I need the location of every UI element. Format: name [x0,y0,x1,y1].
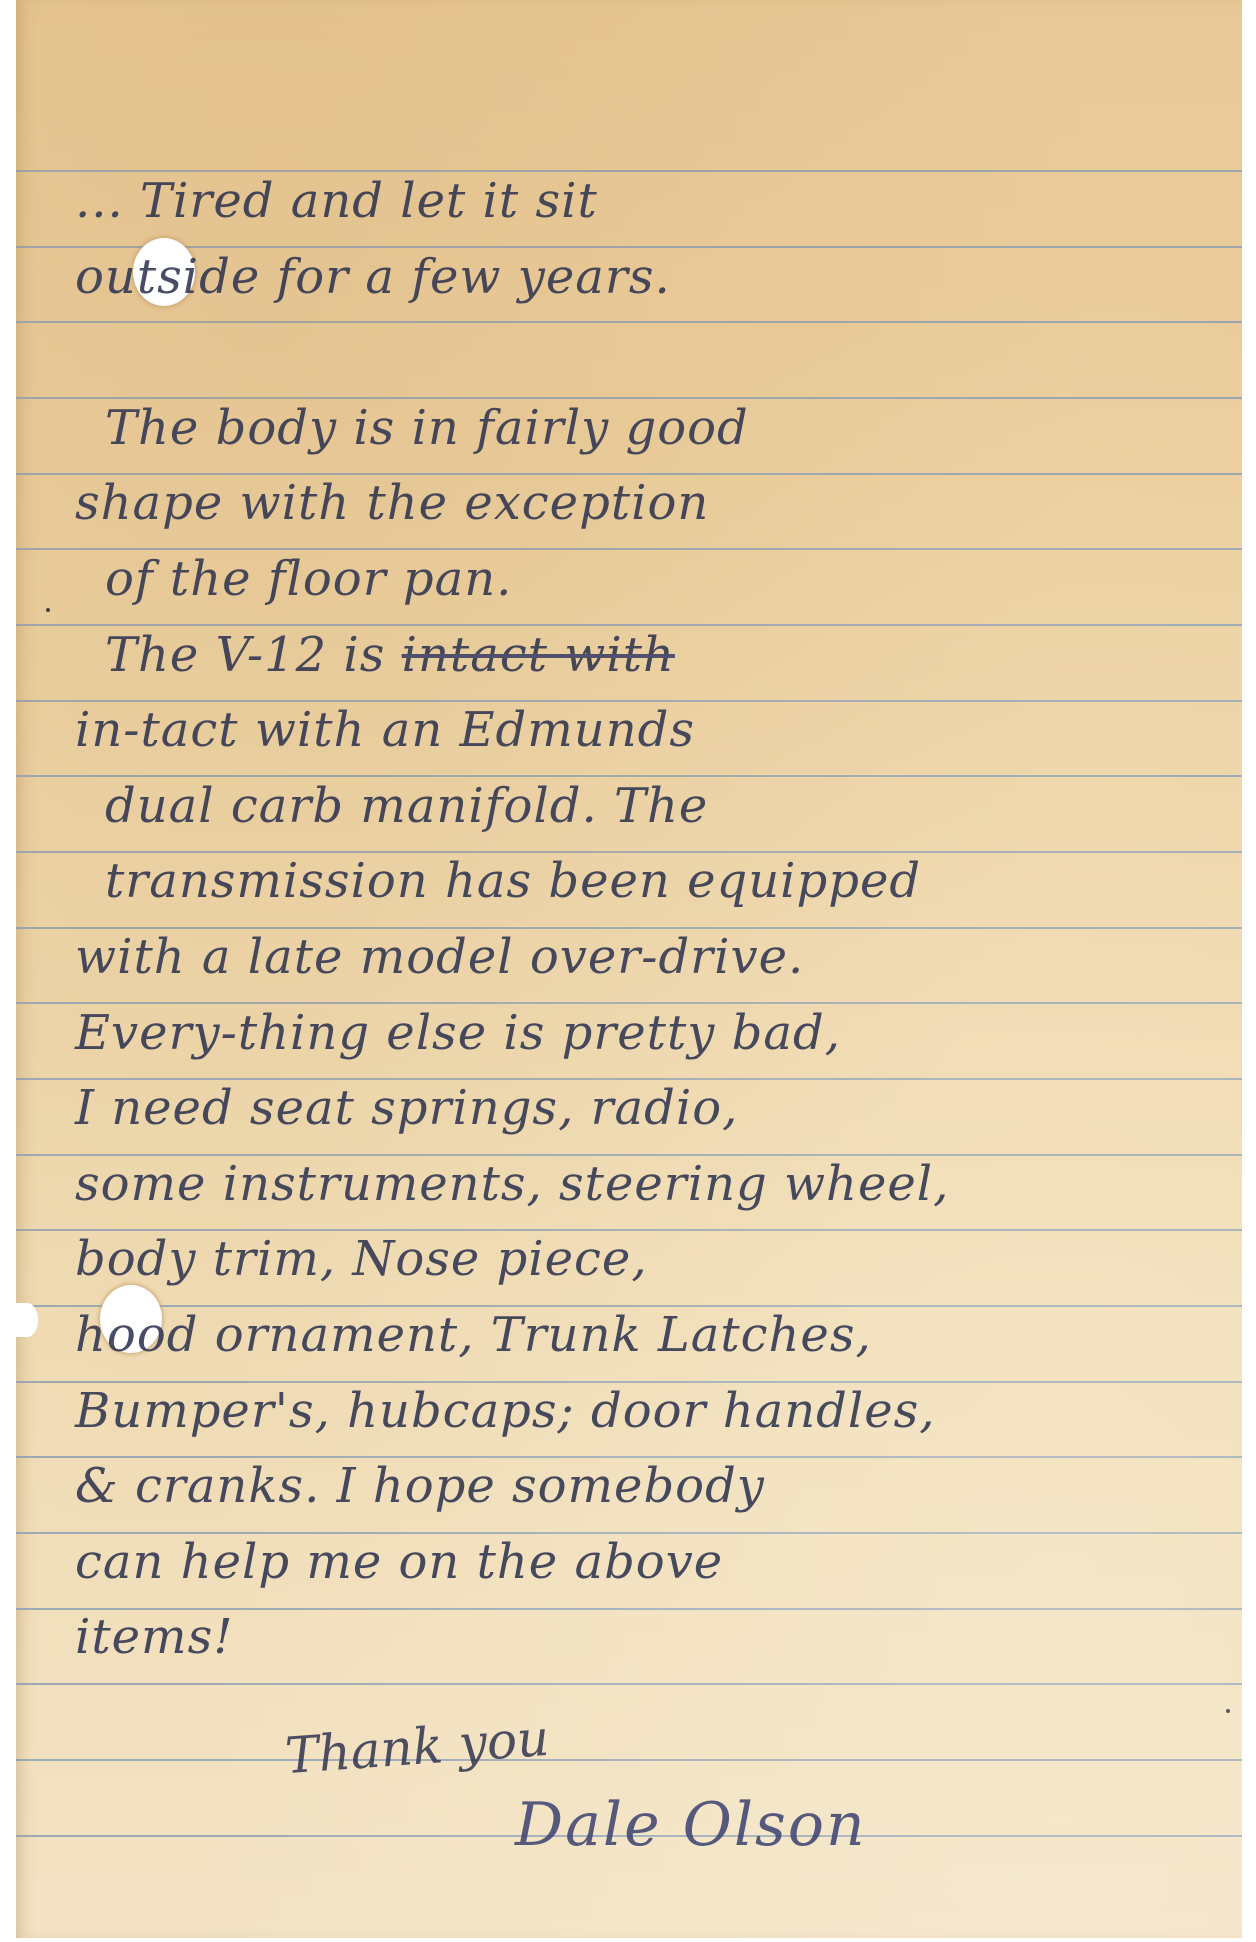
letter-body: ... Tired and let it sit outside for a f… [75,178,1195,1690]
letter-line: outside for a few years. [75,240,1195,316]
letter-line: dual carb manifold. The [75,769,1195,845]
letter-line: with a late model over-drive. [75,920,1195,996]
paper-notch [16,1303,38,1337]
letter-line-struck: The V-12 is intact with [75,618,1195,694]
letter-line: hood ornament, Trunk Latches, [75,1298,1195,1374]
letter-line-text: The V-12 is intact with [105,627,675,683]
letter-line: The body is in fairly good [75,391,1195,467]
letter-line: can help me on the above [75,1525,1195,1601]
letter-line: I need seat springs, radio, [75,1071,1195,1147]
letter-line: Every-thing else is pretty bad, [75,996,1195,1072]
letter-line [75,315,1195,391]
letter-line: some instruments, steering wheel, [75,1147,1195,1223]
ink-speck [46,608,50,612]
letter-line: & cranks. I hope somebody [75,1449,1195,1525]
letter-line: ... Tired and let it sit [75,164,1195,240]
letter-line: of the floor pan. [75,542,1195,618]
ruled-line [16,1759,1242,1761]
letter-line: in-tact with an Edmunds [75,693,1195,769]
letter-line: body trim, Nose piece, [75,1222,1195,1298]
letter-line: Bumper's, hubcaps; door handles, [75,1374,1195,1450]
letter-line: items! [75,1600,1195,1676]
letter-line: transmission has been equipped [75,844,1195,920]
struck-text: intact with [402,627,675,683]
ink-speck [1226,1709,1230,1713]
letter-signature: Dale Olson [515,1790,867,1860]
letter-line: shape with the exception [75,466,1195,542]
